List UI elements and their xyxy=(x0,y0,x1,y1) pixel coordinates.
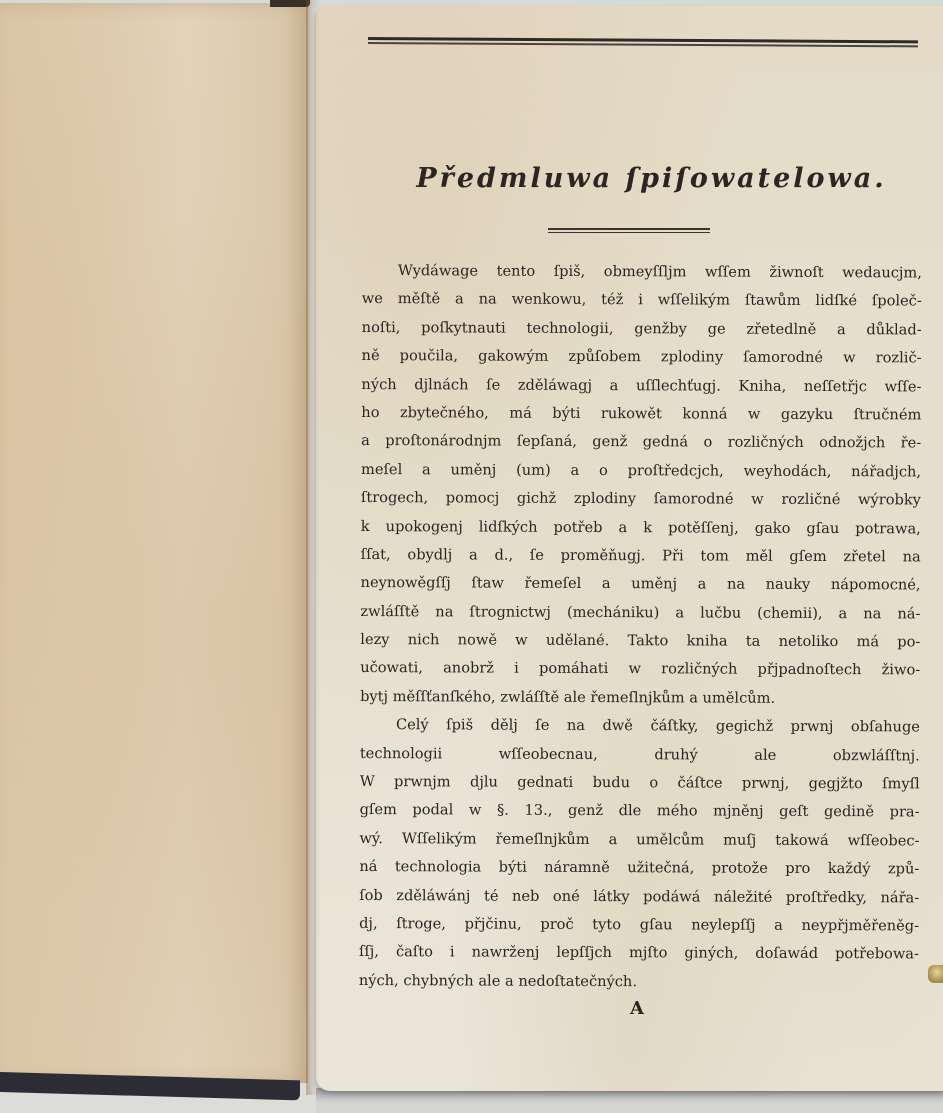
text-line: k upokogenj lidſkých potřeb a k potěſſen… xyxy=(361,513,921,544)
book-gutter xyxy=(306,0,320,1095)
text-line: zwláſſtě na ſtrognictwj (mechániku) a lu… xyxy=(360,598,920,629)
text-line: we měſtě a na wenkowu, též i wſſelikým ſ… xyxy=(362,285,922,316)
text-line: a proſtonárodnjm ſepſaná, genž gedná o r… xyxy=(361,427,921,458)
text-line: dj, ſtroge, přjčinu, proč tyto gſau neyl… xyxy=(359,910,919,941)
text-line: Wydáwage tento ſpiš, obmeyſſljm wſſem ži… xyxy=(362,257,922,288)
text-line: bytj měſſťanſkého, zwláſſtě ale řemeſlnj… xyxy=(360,683,920,714)
text-line: wý. Wſſelikým řemeſlnjkům a umělcům muſj… xyxy=(359,825,919,856)
text-line: W prwnjm djlu gednati budu o čáſtce prwn… xyxy=(360,768,920,799)
title-double-rule xyxy=(548,228,710,233)
text-line: meſel a uměnj (um) a o proſtředcjch, wey… xyxy=(361,456,921,487)
page-shadow xyxy=(316,1088,943,1113)
text-line: ſtrogech, pomocj gichž zplodiny ſamorodn… xyxy=(361,484,921,515)
text-line: noſti, poſkytnauti technologii, genžby g… xyxy=(362,314,922,345)
text-line: lezy nich nowě w udělané. Takto kniha ta… xyxy=(360,626,920,657)
left-page xyxy=(0,3,308,1083)
text-line: ných djlnách ſe zděláwagj a uſſlechťugj.… xyxy=(361,371,921,402)
text-line: učowati, anobrž i pomáhati w rozličných … xyxy=(360,654,920,685)
text-line: technologii wſſeobecnau, druhý ale obzwl… xyxy=(360,740,920,771)
text-line: ſſat, obydlj a d., ſe proměňugj. Při tom… xyxy=(361,541,921,572)
text-line: ná technologia býti náramně užitečná, pr… xyxy=(359,853,919,884)
text-line: ho zbytečného, má býti rukowět konná w g… xyxy=(361,399,921,430)
text-line: gſem podal w §. 13., genž dle mého mjněn… xyxy=(360,796,920,827)
signature-mark: A xyxy=(630,998,644,1019)
text-line: Celý ſpiš dělj ſe na dwě čáſtky, gegichž… xyxy=(360,711,920,742)
text-line: ně poučila, gakowým způſobem zplodiny ſa… xyxy=(362,342,922,373)
text-line: neynowěgſſj ſtaw řemeſel a uměnj a na na… xyxy=(361,569,921,600)
metal-clip xyxy=(928,965,943,983)
text-line: ných, chybných ale a nedoſtatečných. xyxy=(359,967,919,998)
preface-body-text: Wydáwage tento ſpiš, obmeyſſljm wſſem ži… xyxy=(359,257,922,998)
book-cover-corner xyxy=(270,0,310,7)
page-title: Předmluwa ſpiſowatelowa. xyxy=(360,163,943,194)
text-line: ſob zděláwánj té neb oné látky podáwá ná… xyxy=(359,882,919,913)
text-line: ſſj, čaſto i nawrženj lepſſjch mjſto gin… xyxy=(359,938,919,969)
